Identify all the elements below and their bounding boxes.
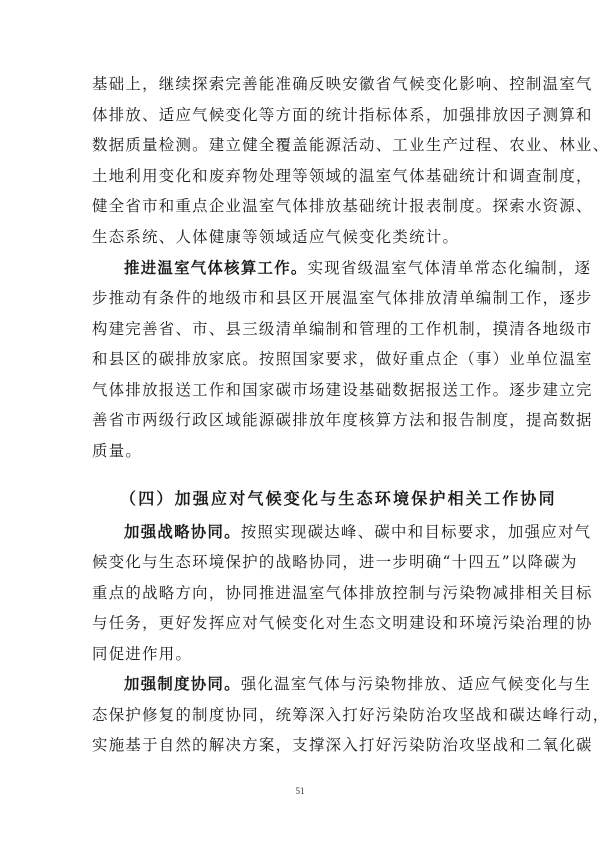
text-line: 重点的战略方向，协同推进温室气体排放控制与污染物减排相关目标 bbox=[92, 578, 512, 608]
text-line: 土地利用变化和废弃物处理等领域的温室气体基础统计和调查制度， bbox=[92, 161, 512, 191]
section-heading: （四）加强应对气候变化与生态环境保护相关工作协同 bbox=[120, 484, 512, 514]
text-line: 候变化与生态环境保护的战略协同，进一步明确“十四五”以降碳为 bbox=[92, 547, 512, 577]
text-line: 同促进作用。 bbox=[92, 639, 512, 669]
paragraph-first-line: 加强制度协同。强化温室气体与污染物排放、适应气候变化与生 bbox=[124, 669, 512, 699]
page-number: 51 bbox=[0, 784, 600, 798]
text-line: 善省市两级行政区域能源碳排放年度核算方法和报告制度，提高数据 bbox=[92, 405, 512, 435]
text-line: 生态系统、人体健康等领域适应气候变化类统计。 bbox=[92, 222, 512, 252]
text-line: 质量。 bbox=[92, 436, 512, 466]
paragraph-lead-heading: 加强制度协同。 bbox=[124, 675, 241, 693]
text-span: 按照实现碳达峰、碳中和目标要求，加强应对气 bbox=[241, 523, 592, 541]
paragraph-first-line: 推进温室气体核算工作。实现省级温室气体清单常态化编制，逐 bbox=[124, 253, 512, 283]
paragraph-lead-heading: 推进温室气体核算工作。 bbox=[124, 259, 308, 277]
text-line: 基础上，继续探索完善能准确反映安徽省气候变化影响、控制温室气 bbox=[92, 69, 512, 99]
text-span: 实现省级温室气体清单常态化编制，逐 bbox=[308, 259, 592, 277]
paragraph-lead-heading: 加强战略协同。 bbox=[124, 523, 241, 541]
paragraph-first-line: 加强战略协同。按照实现碳达峰、碳中和目标要求，加强应对气 bbox=[124, 517, 512, 547]
text-line: 与任务，更好发挥应对气候变化对生态文明建设和环境污染治理的协 bbox=[92, 608, 512, 638]
text-line: 气体排放报送工作和国家碳市场建设基础数据报送工作。逐步建立完 bbox=[92, 375, 512, 405]
text-line: 体排放、适应气候变化等方面的统计指标体系，加强排放因子测算和 bbox=[92, 100, 512, 130]
text-line: 步推动有条件的地级市和县区开展温室气体排放清单编制工作，逐步 bbox=[92, 283, 512, 313]
text-line: 构建完善省、市、县三级清单编制和管理的工作机制，摸清各地级市 bbox=[92, 314, 512, 344]
text-line: 数据质量检测。建立健全覆盖能源活动、工业生产过程、农业、林业、 bbox=[92, 130, 512, 160]
text-line: 态保护修复的制度协同，统筹深入打好污染防治攻坚战和碳达峰行动， bbox=[92, 700, 512, 730]
text-line: 实施基于自然的解决方案，支撑深入打好污染防治攻坚战和二氧化碳 bbox=[92, 730, 512, 760]
document-page: 基础上，继续探索完善能准确反映安徽省气候变化影响、控制温室气 体排放、适应气候变… bbox=[0, 0, 600, 848]
text-line: 和县区的碳排放家底。按照国家要求，做好重点企（事）业单位温室 bbox=[92, 344, 512, 374]
text-span: 强化温室气体与污染物排放、适应气候变化与生 bbox=[241, 675, 592, 693]
text-line: 健全省市和重点企业温室气体排放基础统计报表制度。探索水资源、 bbox=[92, 191, 512, 221]
